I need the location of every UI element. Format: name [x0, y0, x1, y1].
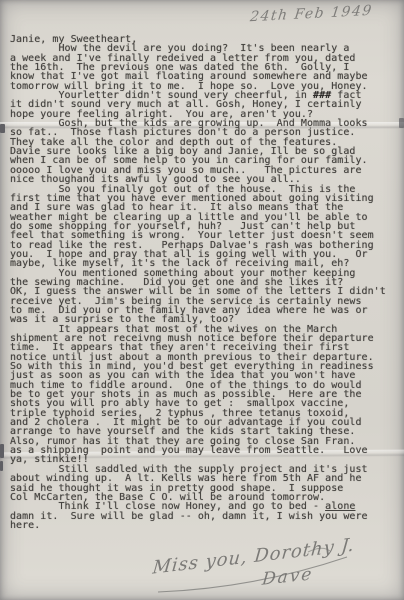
handwritten-date: 24th Feb 1949 — [249, 3, 373, 26]
paper-edge-mark — [399, 118, 404, 128]
typed-letter-body: Janie, my Sweetheart, How the devil are … — [10, 35, 386, 530]
paper-edge-mark — [0, 444, 4, 458]
scanned-letter-page: 24th Feb 1949 Janie, my Sweetheart, How … — [0, 0, 404, 600]
handwritten-signature: Dave — [261, 564, 314, 590]
paper-edge-mark — [0, 124, 5, 133]
paper-edge-mark — [0, 461, 3, 471]
handwritten-closing: Miss you, Dorothy J. — [152, 534, 356, 578]
letter-line: here. — [10, 521, 386, 530]
letter-line: damn it. Sure will be glad -- oh, damn i… — [10, 512, 386, 521]
